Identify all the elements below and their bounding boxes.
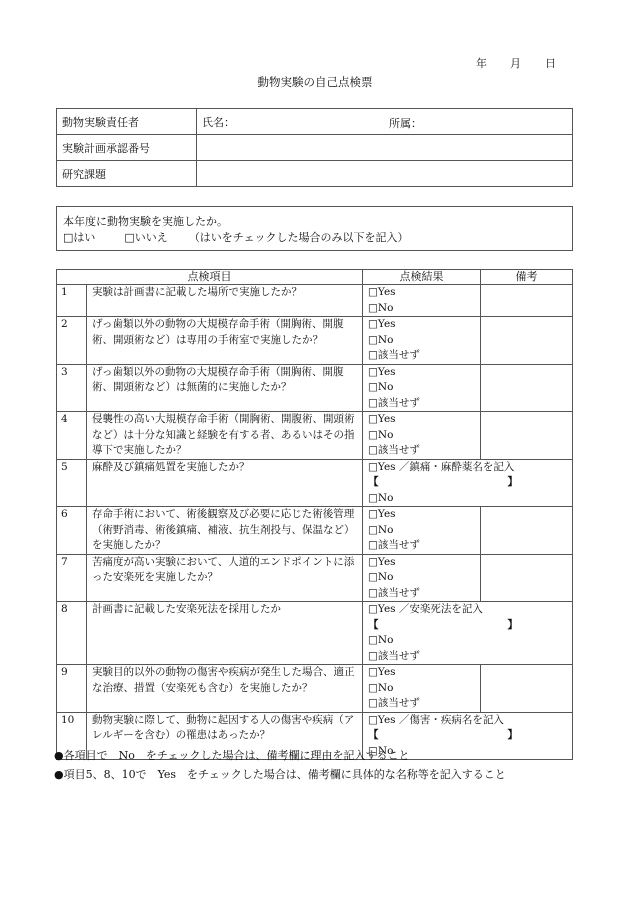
note-yes-details: ●項目5、8、10で Yes をチェックした場合は、備考欄に具体的な名称等を記入… [54, 766, 506, 782]
date-month: 月 [510, 55, 521, 71]
conducted-answer-line: □はい □いいえ （はいをチェックした場合のみ以下を記入） [63, 229, 408, 245]
row-result: □Yes □No □該当せず [363, 507, 481, 555]
checkbox-yes[interactable]: □Yes [368, 285, 475, 301]
row-result: □Yes ／鎮痛・麻酔薬名を記入 【 】 □No [363, 459, 573, 507]
checkbox-yes-with-name[interactable]: □Yes ／安楽死法を記入 [368, 602, 567, 618]
checkbox-no[interactable]: □No [368, 491, 567, 507]
table-row: 7 苦痛度が高い実験において、人道的エンドポイントに添った安楽死を実施したか？ … [57, 554, 573, 602]
checkbox-no[interactable]: □いいえ [124, 231, 167, 244]
header-result: 点検結果 [363, 270, 481, 285]
row-question: げっ歯類以外の動物の大規模存命手術（開胸術、開腹術、開頭術など）は無菌的に実施し… [87, 364, 363, 412]
bracket-close: 】 [508, 618, 519, 634]
checkbox-na[interactable]: □該当せず [368, 443, 475, 459]
date-year: 年 [476, 55, 487, 71]
name-label: 氏名： [202, 116, 235, 129]
checkbox-na[interactable]: □該当せず [368, 538, 475, 554]
row-remarks[interactable] [481, 317, 573, 365]
row-question: 実験目的以外の動物の傷害や疾病が発生した場合、適正な治療、措置（安楽死も含む）を… [87, 665, 363, 713]
conducted-note: （はいをチェックした場合のみ以下を記入） [189, 231, 409, 244]
approval-number-field[interactable] [197, 135, 573, 161]
row-number: 1 [57, 285, 87, 317]
row-number: 5 [57, 459, 87, 507]
checkbox-no[interactable]: □No [368, 301, 475, 317]
row-result: □Yes □No □該当せず [363, 317, 481, 365]
checkbox-na[interactable]: □該当せず [368, 586, 475, 602]
row-result: □Yes □No [363, 285, 481, 317]
checkbox-no[interactable]: □No [368, 570, 475, 586]
table-row: 4 侵襲性の高い大規模存命手術（開胸術、開腹術、開頭術など）は十分な知識と経験を… [57, 412, 573, 460]
bracket-open: 【 [368, 728, 379, 744]
row-number: 6 [57, 507, 87, 555]
row-question: 計画書に記載した安楽死法を採用したか [87, 602, 363, 665]
header-item: 点検項目 [57, 270, 363, 285]
conducted-question: 本年度に動物実験を実施したか。 [63, 213, 228, 229]
row-question: 実験は計画書に記載した場所で実施したか？ [87, 285, 363, 317]
topic-label: 研究課題 [57, 161, 197, 187]
checkbox-yes[interactable]: □Yes [368, 665, 475, 681]
bracket-close: 】 [508, 475, 519, 491]
bracket-open: 【 [368, 475, 379, 491]
checkbox-no[interactable]: □No [368, 633, 567, 649]
info-row-topic: 研究課題 [57, 161, 573, 187]
row-number: 9 [57, 665, 87, 713]
table-row: 5 麻酔及び鎮痛処置を実施したか？ □Yes ／鎮痛・麻酔薬名を記入 【 】 □… [57, 459, 573, 507]
table-row: 8 計画書に記載した安楽死法を採用したか □Yes ／安楽死法を記入 【 】 □… [57, 602, 573, 665]
euthanasia-method-field[interactable]: 【 】 [368, 618, 518, 634]
info-row-responsible: 動物実験責任者 氏名： 所属： [57, 109, 573, 135]
checklist-table: 点検項目 点検結果 備考 1 実験は計画書に記載した場所で実施したか？ □Yes… [56, 269, 573, 760]
checkbox-yes[interactable]: □Yes [368, 507, 475, 523]
row-remarks[interactable] [481, 665, 573, 713]
checkbox-na[interactable]: □該当せず [368, 649, 567, 665]
checkbox-no[interactable]: □No [368, 333, 475, 349]
header-remarks: 備考 [481, 270, 573, 285]
checkbox-na[interactable]: □該当せず [368, 396, 475, 412]
row-remarks[interactable] [481, 507, 573, 555]
row-remarks[interactable] [481, 412, 573, 460]
checkbox-no[interactable]: □No [368, 428, 475, 444]
table-header: 点検項目 点検結果 備考 [57, 270, 573, 285]
row-question: 麻酔及び鎮痛処置を実施したか？ [87, 459, 363, 507]
row-question: げっ歯類以外の動物の大規模存命手術（開胸術、開腹術、開頭術など）は専用の手術室で… [87, 317, 363, 365]
affiliation-label: 所属： [389, 115, 422, 131]
row-result: □Yes □No □該当せず [363, 554, 481, 602]
responsible-label: 動物実験責任者 [57, 109, 197, 135]
injury-name-field[interactable]: 【 】 [368, 728, 518, 744]
drug-name-field[interactable]: 【 】 [368, 475, 518, 491]
checkbox-yes[interactable]: □Yes [368, 365, 475, 381]
row-number: 4 [57, 412, 87, 460]
row-question: 苦痛度が高い実験において、人道的エンドポイントに添った安楽死を実施したか？ [87, 554, 363, 602]
bracket-open: 【 [368, 618, 379, 634]
checkbox-no[interactable]: □No [368, 681, 475, 697]
name-affiliation-field[interactable]: 氏名： 所属： [197, 109, 573, 135]
row-remarks[interactable] [481, 554, 573, 602]
row-number: 7 [57, 554, 87, 602]
bracket-close: 】 [508, 728, 519, 744]
conducted-question-box: 本年度に動物実験を実施したか。 □はい □いいえ （はいをチェックした場合のみ以… [56, 206, 573, 251]
checkbox-yes-with-name[interactable]: □Yes ／傷害・疾病名を記入 [368, 713, 567, 729]
checkbox-yes[interactable]: □はい [63, 231, 95, 244]
row-remarks[interactable] [481, 364, 573, 412]
checkbox-no[interactable]: □No [368, 523, 475, 539]
table-row: 9 実験目的以外の動物の傷害や疾病が発生した場合、適正な治療、措置（安楽死も含む… [57, 665, 573, 713]
checkbox-yes[interactable]: □Yes [368, 412, 475, 428]
page-title: 動物実験の自己点検票 [0, 74, 630, 90]
table-row: 6 存命手術において、術後観察及び必要に応じた術後管理（術野消毒、術後鎮痛、補液… [57, 507, 573, 555]
row-question: 侵襲性の高い大規模存命手術（開胸術、開腹術、開頭術など）は十分な知識と経験を有す… [87, 412, 363, 460]
row-number: 3 [57, 364, 87, 412]
row-number: 2 [57, 317, 87, 365]
row-number: 8 [57, 602, 87, 665]
row-result: □Yes □No □該当せず [363, 364, 481, 412]
approval-label: 実験計画承認番号 [57, 135, 197, 161]
info-table: 動物実験責任者 氏名： 所属： 実験計画承認番号 研究課題 [56, 108, 573, 187]
checkbox-yes[interactable]: □Yes [368, 555, 475, 571]
checkbox-na[interactable]: □該当せず [368, 696, 475, 712]
date-day: 日 [545, 55, 556, 71]
checkbox-na[interactable]: □該当せず [368, 348, 475, 364]
row-remarks[interactable] [481, 285, 573, 317]
info-row-approval: 実験計画承認番号 [57, 135, 573, 161]
note-no-reason: ●各項目で No をチェックした場合は、備考欄に理由を記入すること [54, 747, 410, 763]
table-row: 1 実験は計画書に記載した場所で実施したか？ □Yes □No [57, 285, 573, 317]
row-question: 存命手術において、術後観察及び必要に応じた術後管理（術野消毒、術後鎮痛、補液、抗… [87, 507, 363, 555]
topic-field[interactable] [197, 161, 573, 187]
table-row: 2 げっ歯類以外の動物の大規模存命手術（開胸術、開腹術、開頭術など）は専用の手術… [57, 317, 573, 365]
checkbox-no[interactable]: □No [368, 380, 475, 396]
checkbox-yes-with-name[interactable]: □Yes ／鎮痛・麻酔薬名を記入 [368, 460, 567, 476]
checkbox-yes[interactable]: □Yes [368, 317, 475, 333]
table-row: 3 げっ歯類以外の動物の大規模存命手術（開胸術、開腹術、開頭術など）は無菌的に実… [57, 364, 573, 412]
row-result: □Yes □No □該当せず [363, 665, 481, 713]
row-result: □Yes □No □該当せず [363, 412, 481, 460]
row-result: □Yes ／安楽死法を記入 【 】 □No □該当せず [363, 602, 573, 665]
